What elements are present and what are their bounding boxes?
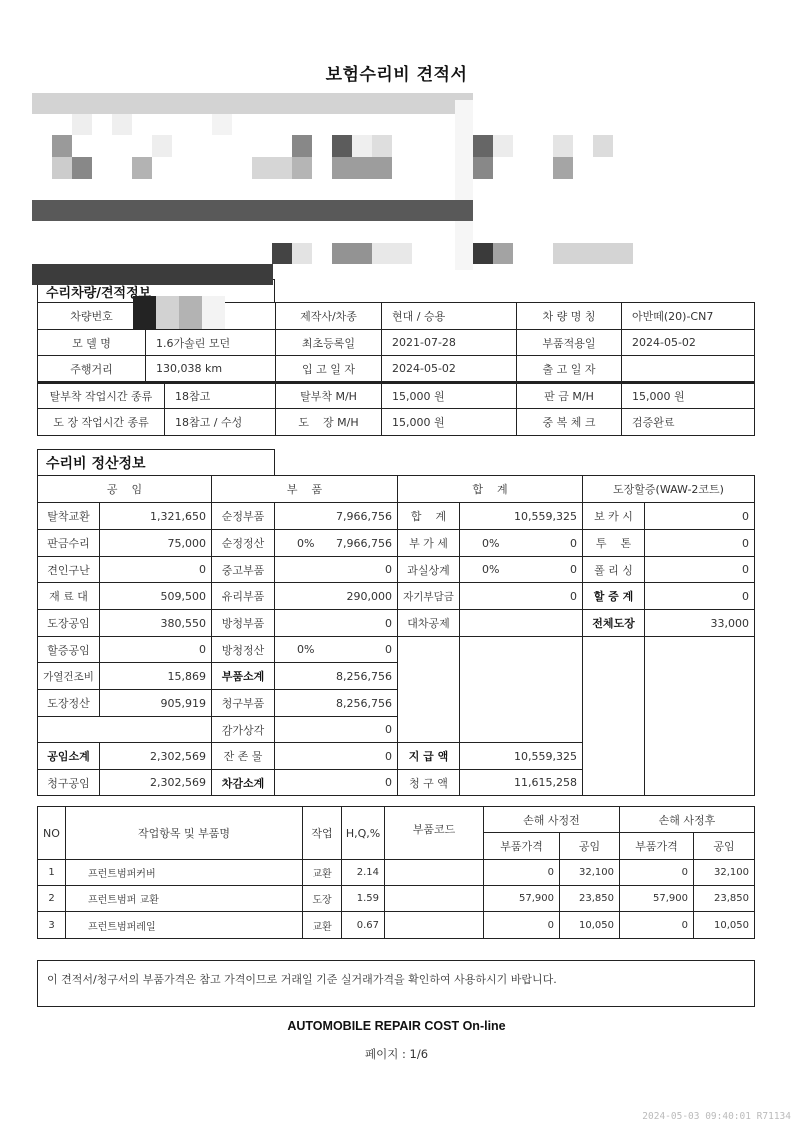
redaction-block [593,135,613,157]
vat-amount: 0 [570,537,577,550]
labor-label-4: 도장공임 [37,609,100,637]
parts-value-subtotal: 8,256,756 [274,662,398,690]
parts-label-0: 순정부품 [211,502,275,530]
item-before-part: 0 [483,911,560,939]
total-value-4 [459,609,583,637]
claim-value: 11,615,258 [459,769,583,796]
parts-value-0: 7,966,756 [274,502,398,530]
vehicle-label-detach-mh: 탈부착 M/H [275,382,382,409]
vehicle-label-paint-type: 도 장 작업시간 종류 [37,408,165,436]
negligence-amount: 0 [570,563,577,576]
negligence-pct: 0% [482,563,499,576]
labor-empty-row [37,716,212,743]
redaction-block [493,135,513,157]
items-header-before: 손해 사정전 [483,806,620,833]
item-no: 1 [37,859,66,886]
item-after-part: 0 [619,859,694,886]
parts-label-5: 방청정산 [211,636,275,663]
vehicle-label-plate: 차량번호 [37,302,146,330]
redaction-block [473,157,493,179]
vehicle-value-paint-mh: 15,000 원 [381,408,517,436]
items-header-after-part: 부품가격 [619,832,694,860]
redaction-block [32,93,473,114]
paint-label-full: 전체도장 [582,609,645,637]
vehicle-label-in-date: 입 고 일 자 [275,355,382,382]
redaction-block [292,157,312,179]
redaction-block [272,243,292,264]
labor-label-claim: 청구공임 [37,769,100,796]
redaction-block [553,135,573,157]
vehicle-label-paint-mh: 도 장 M/H [275,408,382,436]
page-title: 보험수리비 견적서 [0,60,793,85]
labor-value-2: 0 [99,556,212,583]
vehicle-value-mileage: 130,038 km [145,355,276,382]
paint-label-surcharge-total: 할 증 계 [582,582,645,610]
item-hq: 2.14 [341,859,385,886]
vehicle-value-first-reg: 2021-07-28 [381,329,517,356]
parts-value-3: 290,000 [274,582,398,610]
parts-value-9: 0 [274,742,398,770]
redaction-block [32,264,273,285]
redaction-block [112,114,132,135]
redaction-block [132,157,152,179]
labor-label-0: 탈착교환 [37,502,100,530]
parts-amount-5: 0 [385,643,392,656]
labor-value-3: 509,500 [99,582,212,610]
paint-value-full: 33,000 [644,609,755,637]
item-code [384,911,484,939]
redaction-block [202,296,225,332]
paint-empty-left [582,636,645,796]
parts-label-1: 순정정산 [211,529,275,557]
parts-value-deduction: 0 [274,769,398,796]
items-header-after-labor: 공임 [693,832,755,860]
paint-empty-right [644,636,755,796]
labor-label-5: 할증공임 [37,636,100,663]
paint-value-surcharge-total: 0 [644,582,755,610]
paint-value-2: 0 [644,556,755,583]
parts-value-1: 0% 7,966,756 [274,529,398,557]
item-before-part: 57,900 [483,885,560,912]
labor-label-2: 견인구난 [37,556,100,583]
item-name: 프런트범퍼 교환 [65,885,303,912]
total-label-2: 과실상계 [397,556,460,583]
items-header-after: 손해 사정후 [619,806,755,833]
redaction-block [473,243,493,264]
redaction-block [553,157,573,179]
vehicle-label-mileage: 주행거리 [37,355,146,382]
vehicle-label-first-reg: 최초등록일 [275,329,382,356]
item-after-part: 57,900 [619,885,694,912]
vehicle-value-name: 아반떼(20)-CN7 [621,302,755,330]
parts-pct-1: 0% [297,537,314,550]
redaction-block [72,114,92,135]
labor-value-subtotal: 2,302,569 [99,742,212,770]
total-empty-left [397,636,460,743]
notice-box: 이 견적서/청구서의 부품가격은 참고 가격이므로 거래일 기준 실거래가격을 … [37,960,755,1007]
redaction-block [473,135,493,157]
vehicle-value-model: 1.6가솔린 모던 [145,329,276,356]
total-label-4: 대차공제 [397,609,460,637]
labor-label-subtotal: 공임소계 [37,742,100,770]
paint-label-2: 폴 리 싱 [582,556,645,583]
vehicle-label-name: 차 량 명 칭 [516,302,622,330]
paint-label-1: 투 톤 [582,529,645,557]
item-code [384,859,484,886]
redaction-block [32,200,473,221]
parts-label-2: 중고부품 [211,556,275,583]
redaction-block [152,135,172,157]
payment-label: 지 급 액 [397,742,460,770]
vehicle-value-out-date [621,355,755,382]
vehicle-label-sheet-mh: 판 금 M/H [516,382,622,409]
item-hq: 0.67 [341,911,385,939]
redaction-block [52,157,72,179]
parts-value-2: 0 [274,556,398,583]
items-header-hq: H,Q,% [341,806,385,860]
redaction-block [292,135,312,157]
print-timestamp: 2024-05-03 09:40:01 R71134 [642,1111,791,1122]
item-after-labor: 10,050 [693,911,755,939]
labor-value-6: 15,869 [99,662,212,690]
item-work: 도장 [302,885,342,912]
page-number: 페이지 : 1/6 [0,1046,793,1062]
vehicle-value-paint-type: 18참고 / 수성 [164,408,276,436]
labor-label-6: 가열건조비 [37,662,100,690]
redaction-block [493,243,513,264]
item-work: 교환 [302,911,342,939]
items-header-no: NO [37,806,66,860]
paint-label-0: 보 카 시 [582,502,645,530]
item-after-part: 0 [619,911,694,939]
item-after-labor: 32,100 [693,859,755,886]
total-empty-right [459,636,583,743]
labor-value-5: 0 [99,636,212,663]
item-before-part: 0 [483,859,560,886]
labor-value-1: 75,000 [99,529,212,557]
item-work: 교환 [302,859,342,886]
header-paint: 도장할증(WAW-2코트) [582,475,755,503]
redaction-block [372,135,392,157]
redaction-block [179,296,202,332]
vehicle-label-detach-type: 탈부착 작업시간 종류 [37,382,165,409]
total-value-0: 10,559,325 [459,502,583,530]
item-no: 3 [37,911,66,939]
redaction-block [455,100,473,270]
vehicle-label-out-date: 출 고 일 자 [516,355,622,382]
items-header-name: 작업항목 및 부품명 [65,806,303,860]
vehicle-value-sheet-mh: 15,000 원 [621,382,755,409]
items-header-before-labor: 공임 [559,832,620,860]
item-before-labor: 10,050 [559,911,620,939]
item-code [384,885,484,912]
payment-value: 10,559,325 [459,742,583,770]
item-before-labor: 32,100 [559,859,620,886]
paint-value-1: 0 [644,529,755,557]
header-parts: 부 품 [211,475,398,503]
claim-label: 청 구 액 [397,769,460,796]
vehicle-value-in-date: 2024-05-02 [381,355,517,382]
total-label-0: 합 계 [397,502,460,530]
redaction-block [212,114,232,135]
vehicle-value-detach-type: 18참고 [164,382,276,409]
redaction-block [72,157,92,179]
header-labor: 공 임 [37,475,212,503]
item-name: 프런트범퍼커버 [65,859,303,886]
labor-value-claim: 2,302,569 [99,769,212,796]
parts-pct-5: 0% [297,643,314,656]
labor-value-7: 905,919 [99,689,212,717]
settlement-section-title: 수리비 정산정보 [37,449,275,476]
parts-label-9: 잔 존 물 [211,742,275,770]
redaction-block [372,243,412,264]
vehicle-value-detach-mh: 15,000 원 [381,382,517,409]
items-header-before-part: 부품가격 [483,832,560,860]
vehicle-label-parts-date: 부품적용일 [516,329,622,356]
redaction-block [252,157,292,179]
parts-label-deduction: 차감소계 [211,769,275,796]
labor-label-7: 도장정산 [37,689,100,717]
item-hq: 1.59 [341,885,385,912]
footer-brand: AUTOMOBILE REPAIR COST On-line [0,1019,793,1033]
parts-label-8: 감가상각 [211,716,275,743]
parts-value-8: 0 [274,716,398,743]
vehicle-value-maker: 현대 / 승용 [381,302,517,330]
labor-value-0: 1,321,650 [99,502,212,530]
items-header-work: 작업 [302,806,342,860]
redaction-block [332,157,392,179]
labor-value-4: 380,550 [99,609,212,637]
vehicle-label-dup-check: 중 복 체 크 [516,408,622,436]
redaction-block [352,135,372,157]
items-header-code: 부품코드 [384,806,484,860]
item-before-labor: 23,850 [559,885,620,912]
redaction-block [133,296,156,332]
total-label-1: 부 가 세 [397,529,460,557]
parts-label-7: 청구부품 [211,689,275,717]
total-value-1: 0% 0 [459,529,583,557]
total-value-2: 0% 0 [459,556,583,583]
header-total: 합 계 [397,475,583,503]
labor-label-3: 재 료 대 [37,582,100,610]
parts-label-subtotal: 부품소계 [211,662,275,690]
parts-value-4: 0 [274,609,398,637]
item-name: 프런트범퍼레일 [65,911,303,939]
item-no: 2 [37,885,66,912]
redaction-block [553,243,633,264]
redaction-block [332,243,372,264]
vat-pct: 0% [482,537,499,550]
paint-value-0: 0 [644,502,755,530]
vehicle-label-maker: 제작사/차종 [275,302,382,330]
vehicle-value-parts-date: 2024-05-02 [621,329,755,356]
total-value-3: 0 [459,582,583,610]
redaction-block [156,296,179,332]
vehicle-label-model: 모 델 명 [37,329,146,356]
parts-value-7: 8,256,756 [274,689,398,717]
redaction-block [332,135,352,157]
total-label-3: 자기부담금 [397,582,460,610]
item-after-labor: 23,850 [693,885,755,912]
labor-label-1: 판금수리 [37,529,100,557]
parts-label-3: 유리부품 [211,582,275,610]
vehicle-value-dup-check: 검증완료 [621,408,755,436]
redaction-block [52,135,72,157]
parts-label-4: 방청부품 [211,609,275,637]
parts-value-5: 0% 0 [274,636,398,663]
redaction-block [292,243,312,264]
parts-amount-1: 7,966,756 [336,537,392,550]
